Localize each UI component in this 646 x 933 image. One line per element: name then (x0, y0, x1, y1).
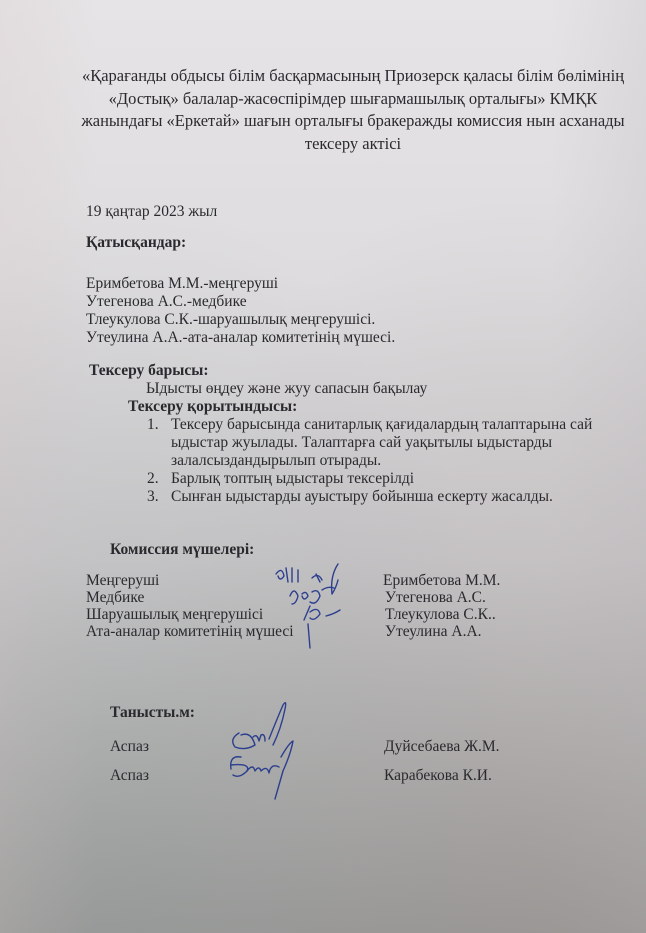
acknowledged-name: Дуйсебаева Ж.М. (384, 738, 500, 755)
acknowledged-name: Карабекова К.И. (384, 767, 492, 784)
commission-name: Утегенова А.С. (385, 589, 486, 606)
result-line: залалсыздандырылып отырады. (171, 452, 381, 469)
commission-role: Медбике (86, 589, 144, 606)
commission-name: Утеулина А.А. (385, 623, 482, 640)
commission-name: Тлеукулова С.К.. (385, 606, 496, 623)
document-title: «Қарағанды обдысы білім басқармасының Пр… (60, 65, 646, 155)
acknowledged-signatures (225, 695, 305, 805)
participant-item: Утегенова А.С.-медбике (86, 293, 247, 310)
result-line: Барлық топтың ыдыстары тексерілді (171, 470, 414, 487)
result-number: 2. (147, 470, 159, 487)
title-line: «Достық» балалар-жасөспірімдер шығармашы… (60, 88, 646, 111)
commission-name: Еримбетова М.М. (383, 572, 500, 589)
acknowledged-role: Аспаз (110, 738, 149, 755)
participant-item: Еримбетова М.М.-меңгеруші (86, 275, 278, 292)
participant-item: Утеулина А.А.-ата-аналар комитетінің мүш… (86, 329, 395, 346)
result-number: 3. (147, 488, 159, 505)
commission-heading: Комиссия мүшелері: (110, 541, 254, 558)
result-line: Сынған ыдыстарды ауыстыру бойынша ескерт… (171, 488, 553, 505)
acknowledged-heading: Танысты.м: (110, 704, 195, 721)
commission-role: Меңгеруші (86, 572, 159, 589)
result-number: 1. (147, 416, 159, 433)
title-line: жанындағы «Еркетай» шағын орталығы браке… (60, 110, 646, 133)
commission-role: Ата-аналар комитетінің мүшесі (86, 623, 294, 640)
result-line: ыдыстар жуылады. Талаптарға сай уақытылы… (171, 434, 552, 451)
commission-role: Шаруашылық меңгерушісі (86, 606, 263, 623)
participant-item: Тлеукулова С.К.-шаруашылық меңгерушісі. (86, 311, 375, 328)
participants-heading: Қатысқандар: (86, 234, 186, 251)
inspection-heading: Тексеру барысы: (89, 362, 209, 379)
acknowledged-role: Аспаз (110, 767, 149, 784)
document-date: 19 қаңтар 2023 жыл (86, 203, 217, 220)
title-line: «Қарағанды обдысы білім басқармасының Пр… (60, 65, 646, 88)
results-heading: Тексеру қорытындысы: (128, 398, 297, 415)
commission-signatures (268, 560, 358, 655)
inspection-subject: Ыдысты өңдеу және жуу сапасын бақылау (146, 380, 427, 397)
title-line: тексеру актісі (60, 133, 646, 156)
result-line: Тексеру барысында санитарлық қағидаларды… (171, 416, 592, 433)
